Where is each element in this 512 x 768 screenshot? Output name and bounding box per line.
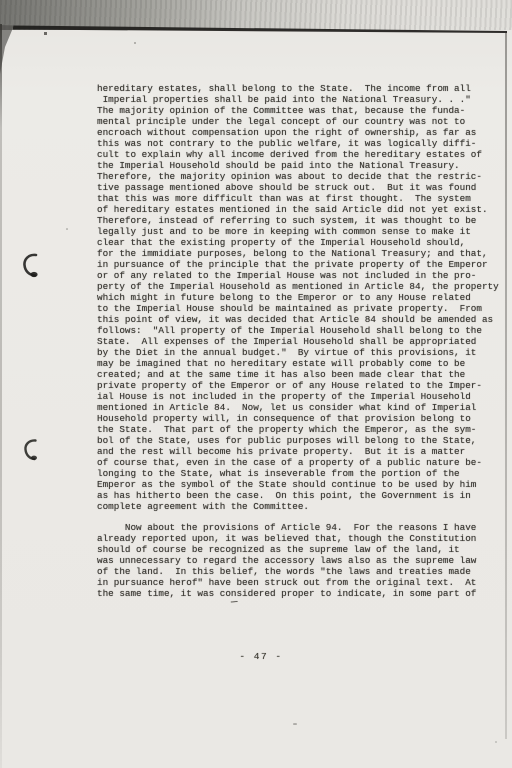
scan-speck	[66, 228, 68, 230]
punch-hole-mark	[22, 252, 42, 282]
punch-hole-mark	[23, 438, 41, 464]
scanned-document-page: hereditary estates, shall belong to the …	[0, 0, 512, 768]
scan-speck	[495, 741, 497, 743]
scan-speck	[134, 42, 136, 44]
separator-mark: —	[231, 596, 254, 609]
paragraph: hereditary estates, shall belong to the …	[97, 83, 507, 512]
scan-speck	[470, 329, 473, 331]
document-text: hereditary estates, shall belong to the …	[97, 83, 507, 599]
page-number: - 47 -	[0, 651, 512, 662]
scan-speck	[293, 723, 297, 725]
paragraph: Now about the provisions of Article 94. …	[97, 522, 507, 599]
